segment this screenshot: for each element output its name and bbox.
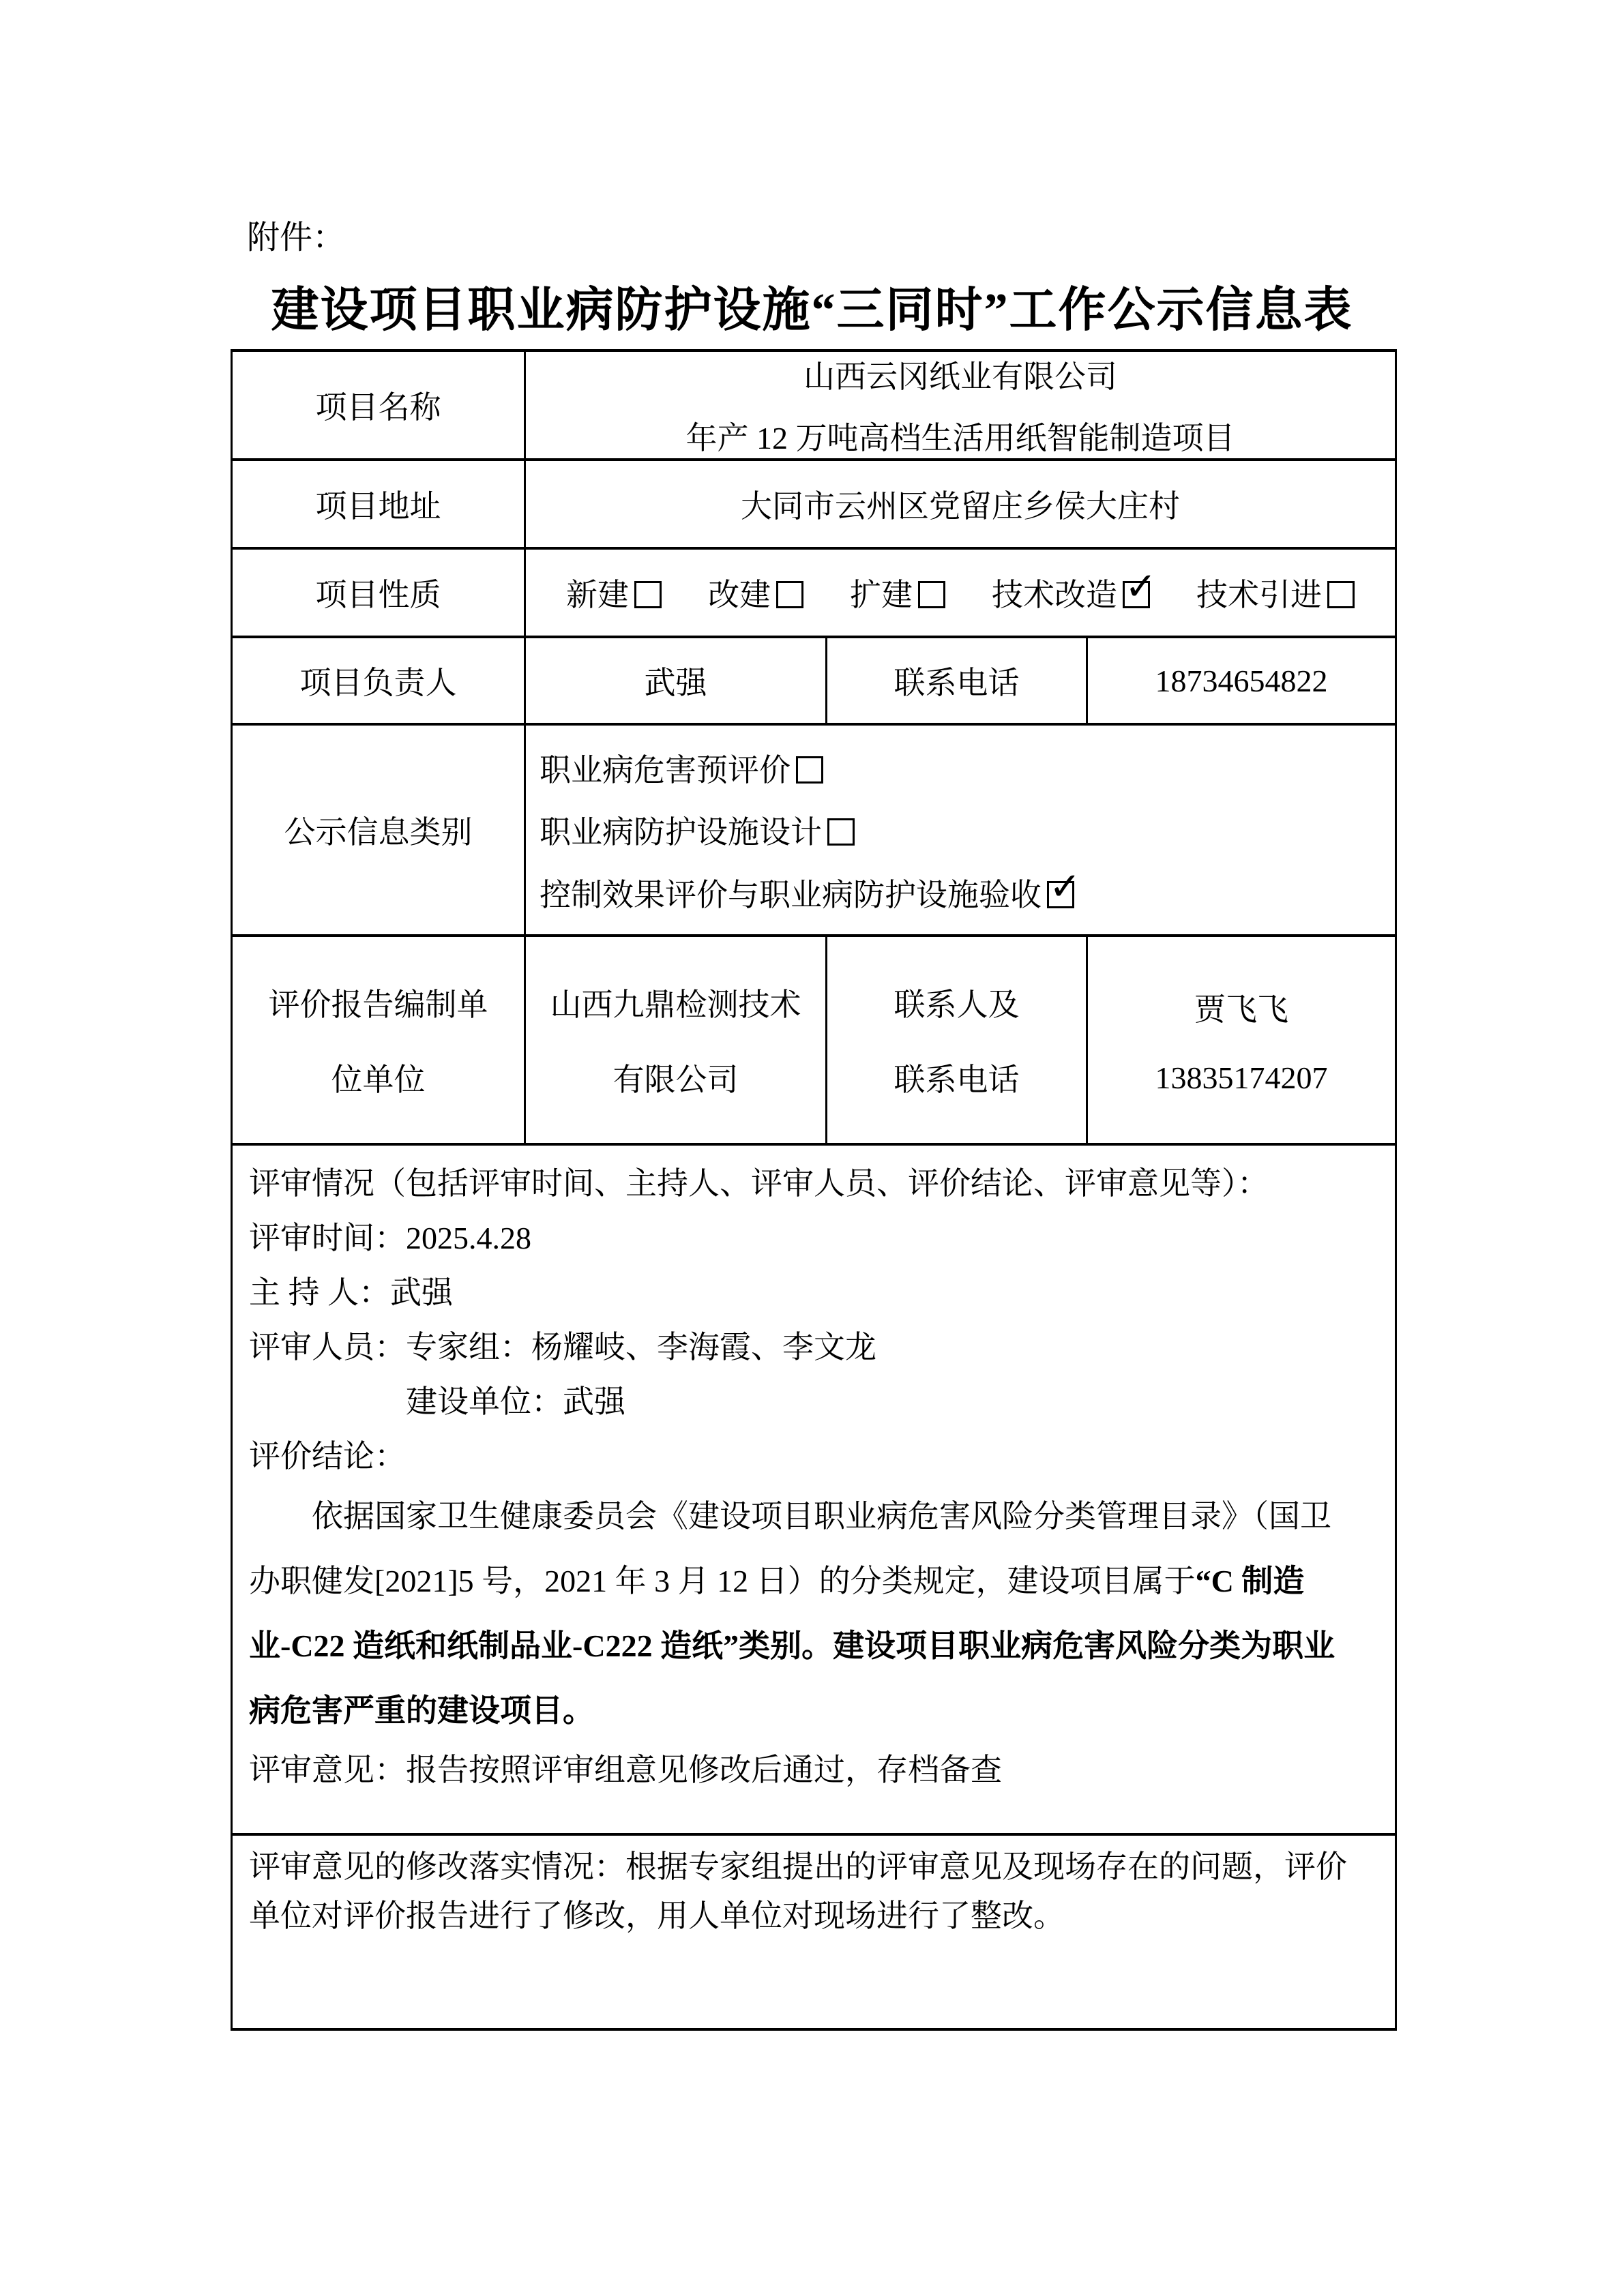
report-unit-contact-label: 联系人及 联系电话 (827, 980, 1086, 1100)
review-time: 评审时间：2025.4.28 (249, 1211, 1378, 1266)
category-pre-evaluation: 职业病危害预评价 (540, 745, 1395, 790)
check-icon: ✓ (1049, 868, 1081, 906)
project-name-line2: 年产 12 万吨高档生活用纸智能制造项目 (686, 413, 1235, 458)
table-row-info-category: 公示信息类别 职业病危害预评价 职业病防护设施设计 控制效果评价与职业病防护设施… (232, 724, 1396, 936)
category-control-acceptance: 控制效果评价与职业病防护设施验收✓ (540, 870, 1395, 915)
project-leader-label: 项目负责人 (232, 637, 525, 724)
nature-option-expand: 扩建 (850, 570, 945, 615)
conclusion-line1: 依据国家卫生健康委员会《建设项目职业病危害风险分类管理目录》（国卫 (249, 1484, 1378, 1549)
checkbox-new (634, 581, 662, 608)
table-row-implementation: 评审意见的修改落实情况：根据专家组提出的评审意见及现场存在的问题，评价 单位对评… (232, 1834, 1396, 2029)
table-row-project-leader: 项目负责人 武强 联系电话 18734654822 (232, 637, 1396, 724)
checkbox-facility-design (827, 818, 855, 846)
table-row-review: 评审情况（包括评审时间、主持人、评审人员、评价结论、评审意见等）： 评审时间：2… (232, 1144, 1396, 1834)
checkbox-control-acceptance: ✓ (1047, 881, 1074, 908)
project-nature-label: 项目性质 (232, 548, 525, 637)
contact-phone: 13835174207 (1155, 1060, 1328, 1096)
checkbox-expand (918, 581, 945, 608)
review-heading: 评审情况（包括评审时间、主持人、评审人员、评价结论、评审意见等）： (249, 1157, 1378, 1211)
contact-person: 贾飞飞 (1194, 985, 1288, 1030)
project-name-line1: 山西云冈纸业有限公司 (803, 352, 1117, 397)
project-leader-name: 武强 (525, 637, 827, 724)
info-form-table: 项目名称 山西云冈纸业有限公司 年产 12 万吨高档生活用纸智能制造项目 项目地… (231, 349, 1397, 2031)
leader-phone-label: 联系电话 (827, 637, 1087, 724)
table-row-project-nature: 项目性质 新建 改建 扩建 技术改造✓ 技术引进 (232, 548, 1396, 637)
document-page: 附件： 建设项目职业病防护设施“三同时”工作公示信息表 项目名称 山西云冈纸业有… (0, 0, 1624, 2296)
check-icon: ✓ (1125, 568, 1157, 606)
conclusion-line2: 办职健发[2021]5 号，2021 年 3 月 12 日）的分类规定，建设项目… (249, 1549, 1378, 1613)
attachment-label: 附件： (247, 217, 345, 259)
report-unit-label: 评价报告编制单 位单位 (233, 980, 524, 1100)
nature-option-tech-import: 技术引进 (1196, 570, 1355, 615)
nature-option-tech-upgrade: 技术改造✓ (992, 570, 1150, 615)
table-row-project-address: 项目地址 大同市云州区党留庄乡侯大庄村 (232, 460, 1396, 548)
table-row-project-name: 项目名称 山西云冈纸业有限公司 年产 12 万吨高档生活用纸智能制造项目 (232, 351, 1396, 460)
review-members: 评审人员：专家组：杨耀岐、李海霞、李文龙 (249, 1320, 1378, 1375)
checkbox-tech-upgrade: ✓ (1123, 581, 1150, 608)
implementation-section: 评审意见的修改落实情况：根据专家组提出的评审意见及现场存在的问题，评价 单位对评… (233, 1836, 1395, 1941)
info-category-label: 公示信息类别 (232, 724, 525, 936)
info-category-options: 职业病危害预评价 职业病防护设施设计 控制效果评价与职业病防护设施验收✓ (526, 728, 1395, 932)
page-title: 建设项目职业病防护设施“三同时”工作公示信息表 (0, 282, 1624, 340)
review-construction-unit: 建设单位：武强 (249, 1375, 1378, 1429)
table-row-report-unit: 评价报告编制单 位单位 山西九鼎检测技术 有限公司 联系人及 联系电话 贾飞飞 (232, 936, 1396, 1144)
checkbox-rebuild (776, 581, 803, 608)
conclusion-label: 评价结论： (249, 1429, 1378, 1484)
category-facility-design: 职业病防护设施设计 (540, 807, 1395, 852)
implementation-line2: 单位对评价报告进行了修改，用人单位对现场进行了整改。 (249, 1892, 1378, 1941)
review-host: 主 持 人：武强 (249, 1266, 1378, 1320)
conclusion-line4: 病危害严重的建设项目。 (249, 1678, 1378, 1743)
checkbox-pre-evaluation (796, 756, 823, 784)
report-unit-org: 山西九鼎检测技术 有限公司 (526, 980, 825, 1100)
checkbox-tech-import (1327, 581, 1355, 608)
conclusion-bold-start: “C 制造 (1196, 1564, 1305, 1598)
leader-phone-value: 18734654822 (1087, 637, 1396, 724)
implementation-line1: 评审意见的修改落实情况：根据专家组提出的评审意见及现场存在的问题，评价 (249, 1843, 1378, 1892)
review-section: 评审情况（包括评审时间、主持人、评审人员、评价结论、评审意见等）： 评审时间：2… (233, 1146, 1395, 1798)
conclusion-line3: 业-C22 造纸和纸制品业-C222 造纸”类别。建设项目职业病危害风险分类为职… (249, 1613, 1378, 1678)
nature-option-new: 新建 (566, 570, 662, 615)
report-unit-contact-value: 贾飞飞 13835174207 (1088, 985, 1395, 1096)
project-nature-options: 新建 改建 扩建 技术改造✓ 技术引进 (526, 570, 1395, 615)
nature-option-rebuild: 改建 (708, 570, 803, 615)
project-address-value: 大同市云州区党留庄乡侯大庄村 (525, 460, 1396, 548)
project-name-label: 项目名称 (232, 351, 525, 460)
project-address-label: 项目地址 (232, 460, 525, 548)
review-opinion: 评审意见：报告按照评审组意见修改后通过，存档备查 (249, 1743, 1378, 1798)
